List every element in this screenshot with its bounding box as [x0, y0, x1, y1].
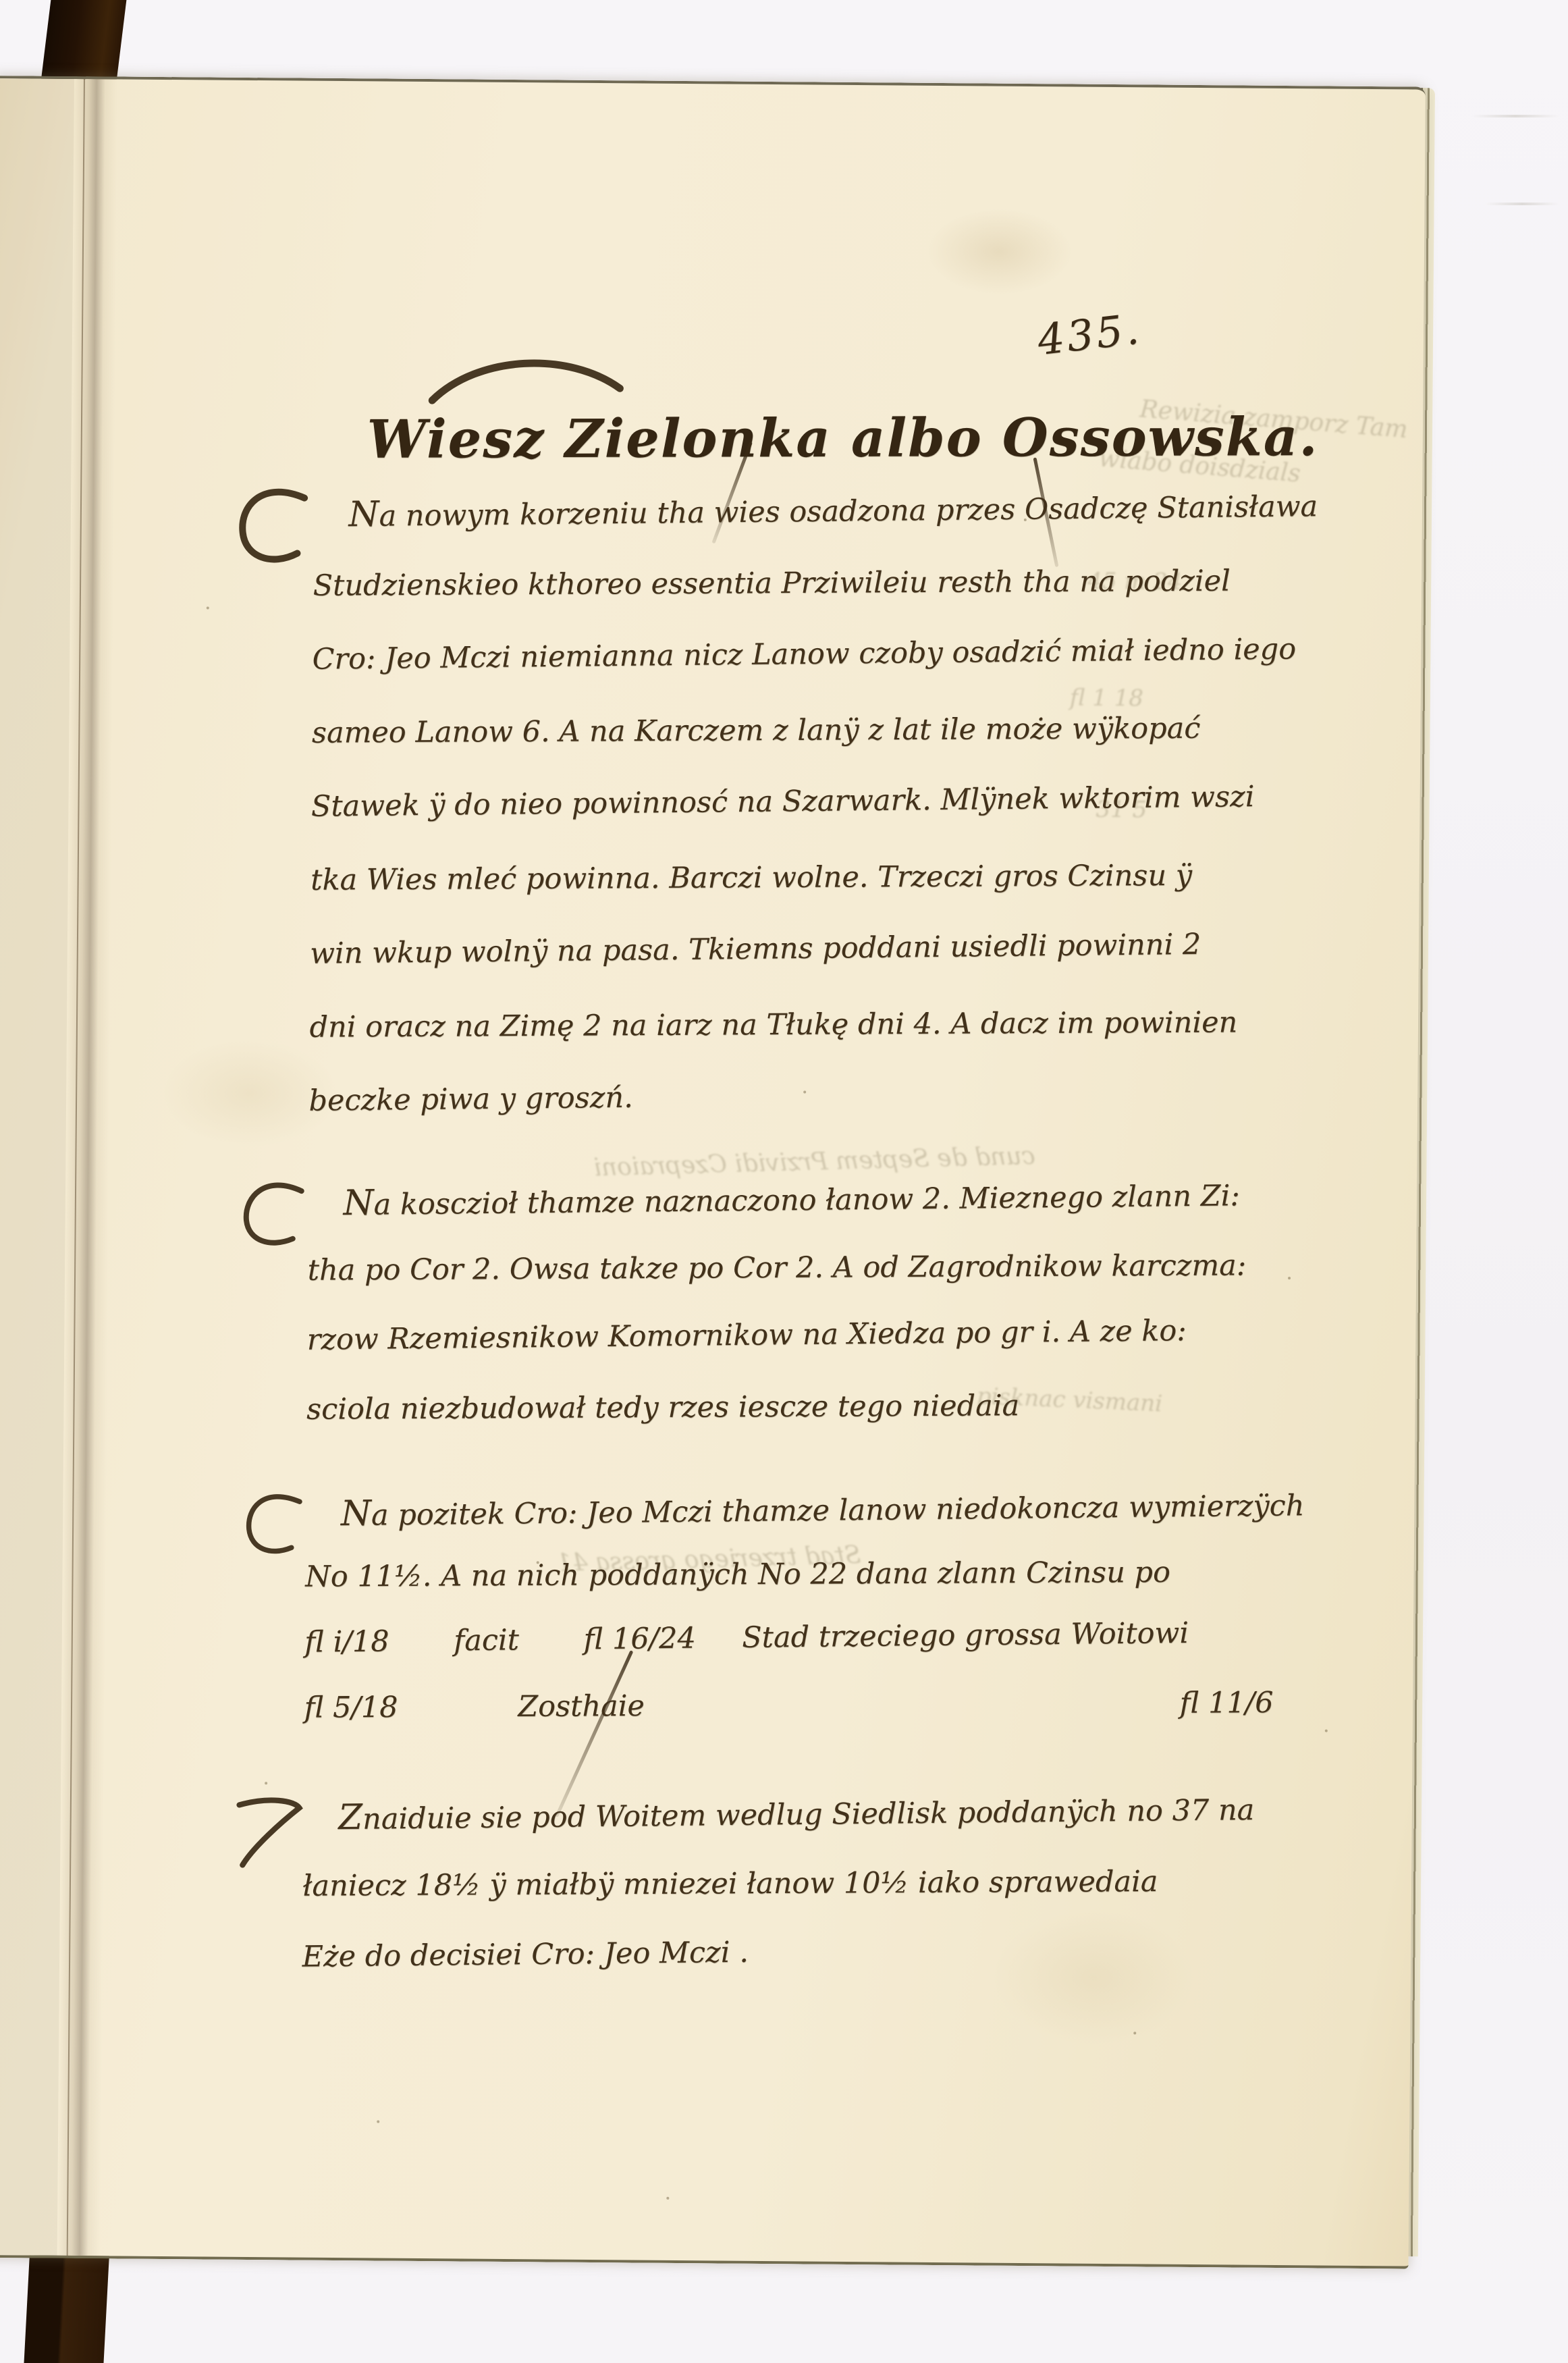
manuscript-line: Na kosczioł thamze naznaczono łanow 2. M… [308, 1177, 1247, 1256]
paragraph-2: Na kosczioł thamze naznaczono łanow 2. M… [306, 1187, 1247, 1472]
scanned-manuscript-page: { "page_number": "435.", "title": "Wiesz… [0, 0, 1568, 2363]
manuscript-line: Cro: Jeo Mczi niemianna nicz Lanow czoby… [312, 635, 1317, 719]
manuscript-line: Na pozitek Cro: Jeo Mczi thamze lanow ni… [306, 1487, 1305, 1562]
manuscript-line: rzow Rzemiesnikow Komornikow na Xiedza p… [307, 1316, 1247, 1396]
paragraph-initial-flourish [236, 1177, 311, 1256]
paragraph-initial-flourish [240, 1490, 310, 1564]
manuscript-line: Na nowym korzeniu tha wies osadzona prze… [313, 487, 1318, 572]
manuscript-line: Znaiduie sie pod Woitem wedlug Siedlisk … [303, 1791, 1255, 1872]
manuscript-line: beczke piwa y groszń. [308, 1076, 1314, 1161]
paper-speck [377, 2121, 379, 2123]
binding-strap-top [41, 0, 127, 81]
paragraph-4: Znaiduie sie pod Woitem wedlug Siedlisk … [302, 1801, 1254, 2021]
paragraph-initial-flourish [232, 1795, 308, 1876]
manuscript-line: łaniecz 18½ ÿ miałbÿ mniezei łanow 10½ i… [302, 1867, 1254, 1942]
manuscript-line: dni oracz na Zimę 2 na iarz na Tłukę dni… [309, 1008, 1314, 1087]
paper-speck [1325, 1730, 1328, 1732]
paragraph-1: Na nowym korzeniu tha wies osadzona prze… [308, 498, 1318, 1169]
paragraph-3: Na pozitek Cro: Jeo Mczi thamze lanow ni… [304, 1497, 1305, 1768]
manuscript-line: sciola niezbudował tedy rzes iescze tego… [306, 1390, 1245, 1464]
binding-strap-bottom [24, 2247, 109, 2363]
manuscript-page: Rewizia zamporz Tam wiabo doisdzials 45 … [0, 76, 1426, 2269]
paper-speck [207, 606, 209, 609]
paper-speck [1288, 1277, 1291, 1279]
scanner-streak [1471, 115, 1559, 117]
page-title: Wiesz Zielonka albo Ossowska. [367, 406, 1319, 471]
scanner-streak [1485, 203, 1559, 205]
paper-speck [666, 2197, 669, 2200]
manuscript-line: win wkup wolnÿ na pasa. Tkiemns poddani … [310, 929, 1315, 1013]
paper-speck [265, 1782, 267, 1784]
paragraph-initial-flourish [234, 485, 315, 574]
manuscript-line: Stawek ÿ do nieo powinnosć na Szarwark. … [311, 782, 1316, 866]
title-swash-flourish [424, 352, 627, 407]
paper-speck [1133, 2032, 1136, 2034]
folio-number: 435. [1035, 304, 1143, 365]
manuscript-line: fl 5/18 Zosthaie fl 11/6 [304, 1689, 1303, 1759]
manuscript-line: Eże do decisiei Cro: Jeo Mczi . [302, 1933, 1253, 2014]
manuscript-line: fl i/18 facit fl 16/24 Stad trzeciego gr… [304, 1618, 1304, 1693]
paper-stain [924, 207, 1073, 296]
